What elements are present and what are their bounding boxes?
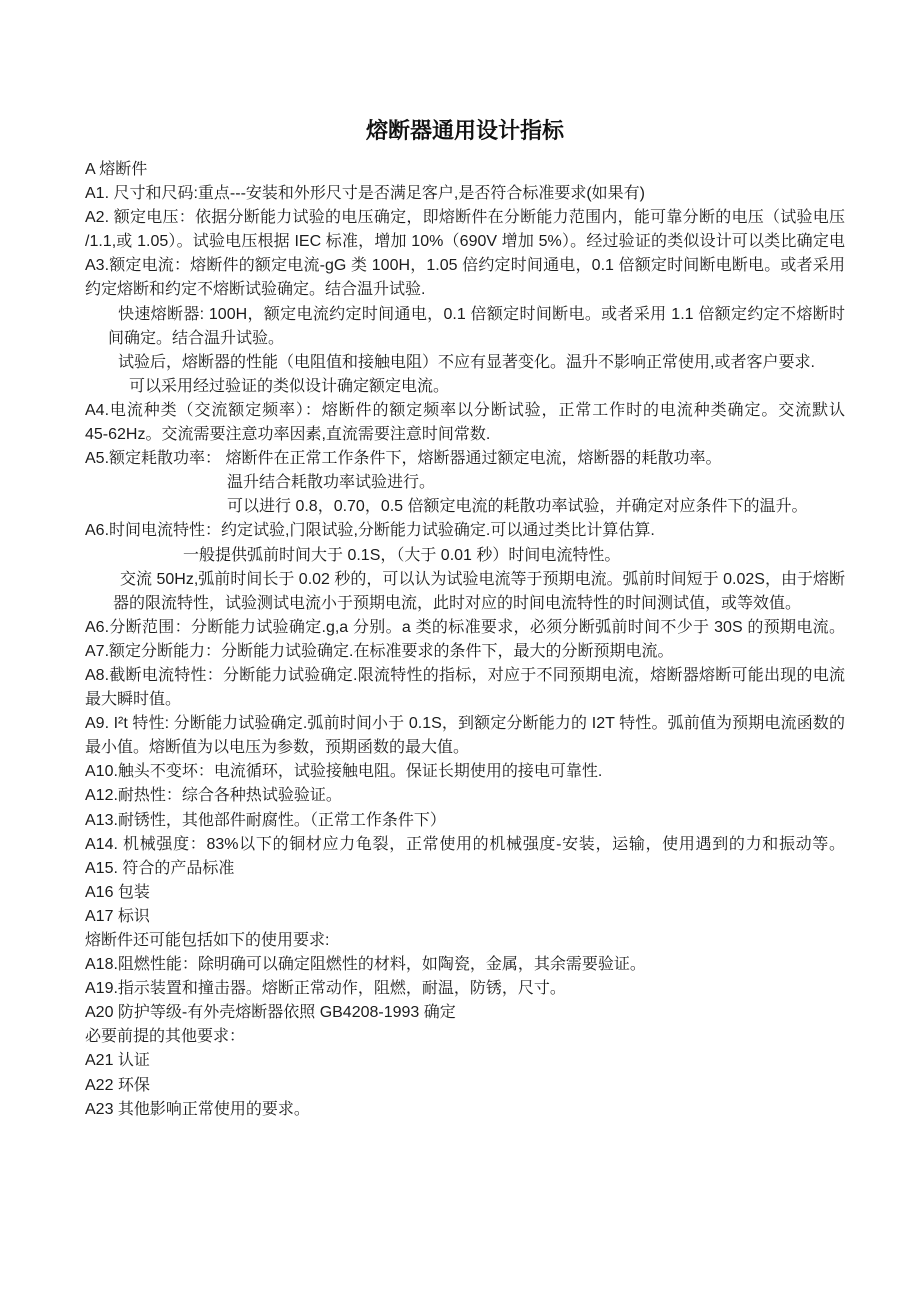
document-content: 熔断器通用设计指标 A 熔断件 A1. 尺寸和尺码:重点---安装和外形尺寸是否…	[85, 0, 845, 1122]
doc-line-a6-cont3: 器的限流特性，试验测试电流小于预期电流，此时对应的时间电流特性的时间测试值，或等…	[85, 592, 845, 616]
doc-line-a2-cont: /1.1,或 1.05）。试验电压根据 IEC 标准，增加 10%（690V 增…	[85, 230, 845, 254]
doc-line-a3-after-test: 试验后，熔断器的性能（电阻值和接触电阻）不应有显著变化。温升不影响正常使用,或者…	[85, 351, 845, 375]
doc-line-a12: A12.耐热性：综合各种热试验验证。	[85, 784, 845, 808]
doc-line-a6-breaking-range: A6.分断范围：分断能力试验确定.g,a 分别。a 类的标准要求，必须分断弧前时…	[85, 616, 845, 640]
doc-line-a4: A4.电流种类（交流额定频率）：熔断件的额定频率以分断试验，正常工作时的电流种类…	[85, 399, 845, 423]
doc-line-a20: A20 防护等级-有外壳熔断器依照 GB4208-1993 确定	[85, 1001, 845, 1025]
doc-line-a6-cont2: 交流 50Hz,弧前时间长于 0.02 秒的，可以认为试验电流等于预期电流。弧前…	[85, 568, 845, 592]
doc-line-a3-fast: 快速熔断器: 100H，额定电流约定时间通电，0.1 倍额定时间断电。或者采用 …	[85, 303, 845, 327]
doc-line-a6-cont1: 一般提供弧前时间大于 0.1S，（大于 0.01 秒）时间电流特性。	[85, 544, 845, 568]
doc-line-a3-similar: 可以采用经过验证的类似设计确定额定电流。	[85, 375, 845, 399]
doc-line-a5-cont2: 可以进行 0.8，0.70，0.5 倍额定电流的耗散功率试验，并确定对应条件下的…	[85, 495, 845, 519]
doc-line-a10: A10.触头不变坏：电流循环，试验接触电阻。保证长期使用的接电可靠性.	[85, 760, 845, 784]
doc-line-a7: A7.额定分断能力：分断能力试验确定.在标准要求的条件下，最大的分断预期电流。	[85, 640, 845, 664]
doc-line-a13: A13.耐锈性，其他部件耐腐性。（正常工作条件下）	[85, 809, 845, 833]
doc-line-a22: A22 环保	[85, 1074, 845, 1098]
doc-line-a4-cont: 45-62Hz。交流需要注意功率因素,直流需要注意时间常数.	[85, 423, 845, 447]
doc-line-a16: A16 包装	[85, 881, 845, 905]
doc-line-prereq-note: 必要前提的其他要求：	[85, 1025, 845, 1049]
doc-line-a21: A21 认证	[85, 1049, 845, 1073]
doc-line-a23: A23 其他影响正常使用的要求。	[85, 1098, 845, 1122]
doc-line-a1: A1. 尺寸和尺码:重点---安装和外形尺寸是否满足客户,是否符合标准要求(如果…	[85, 182, 845, 206]
doc-line-a14: A14. 机械强度：83%以下的铜材应力龟裂，正常使用的机械强度-安装，运输，使…	[85, 833, 845, 857]
doc-line-a5-cont1: 温升结合耗散功率试验进行。	[85, 471, 845, 495]
doc-line-a3-cont: 约定熔断和约定不熔断试验确定。结合温升试验.	[85, 278, 845, 302]
doc-line-usage-note: 熔断件还可能包括如下的使用要求:	[85, 929, 845, 953]
doc-line-a6-time-current: A6.时间电流特性：约定试验,门限试验,分断能力试验确定.可以通过类比计算估算.	[85, 519, 845, 543]
doc-line-a15: A15. 符合的产品标准	[85, 857, 845, 881]
doc-line-a18: A18.阻燃性能：除明确可以确定阻燃性的材料，如陶瓷，金属，其余需要验证。	[85, 953, 845, 977]
doc-line-a9: A9. I²t 特性: 分断能力试验确定.弧前时间小于 0.1S，到额定分断能力…	[85, 712, 845, 736]
doc-line-a3-fast-cont: 间确定。结合温升试验。	[85, 327, 845, 351]
doc-line-a17: A17 标识	[85, 905, 845, 929]
doc-line-a8: A8.截断电流特性：分断能力试验确定.限流特性的指标，对应于不同预期电流，熔断器…	[85, 664, 845, 688]
doc-line-section-a: A 熔断件	[85, 158, 845, 182]
doc-line-a5: A5.额定耗散功率： 熔断件在正常工作条件下，熔断器通过额定电流，熔断器的耗散功…	[85, 447, 845, 471]
doc-line-a8-cont: 最大瞬时值。	[85, 688, 845, 712]
doc-line-a19: A19.指示装置和撞击器。熔断正常动作，阻燃，耐温，防锈，尺寸。	[85, 977, 845, 1001]
doc-line-a3: A3.额定电流：熔断件的额定电流-gG 类 100H，1.05 倍约定时间通电，…	[85, 254, 845, 278]
document-title: 熔断器通用设计指标	[85, 116, 845, 146]
doc-line-a9-cont: 最小值。熔断值为以电压为参数，预期函数的最大值。	[85, 736, 845, 760]
document-page: 熔断器通用设计指标 A 熔断件 A1. 尺寸和尺码:重点---安装和外形尺寸是否…	[0, 0, 920, 1302]
document-body: A 熔断件 A1. 尺寸和尺码:重点---安装和外形尺寸是否满足客户,是否符合标…	[85, 158, 845, 1122]
doc-line-a2: A2. 额定电压：依据分断能力试验的电压确定，即熔断件在分断能力范围内，能可靠分…	[85, 206, 845, 230]
